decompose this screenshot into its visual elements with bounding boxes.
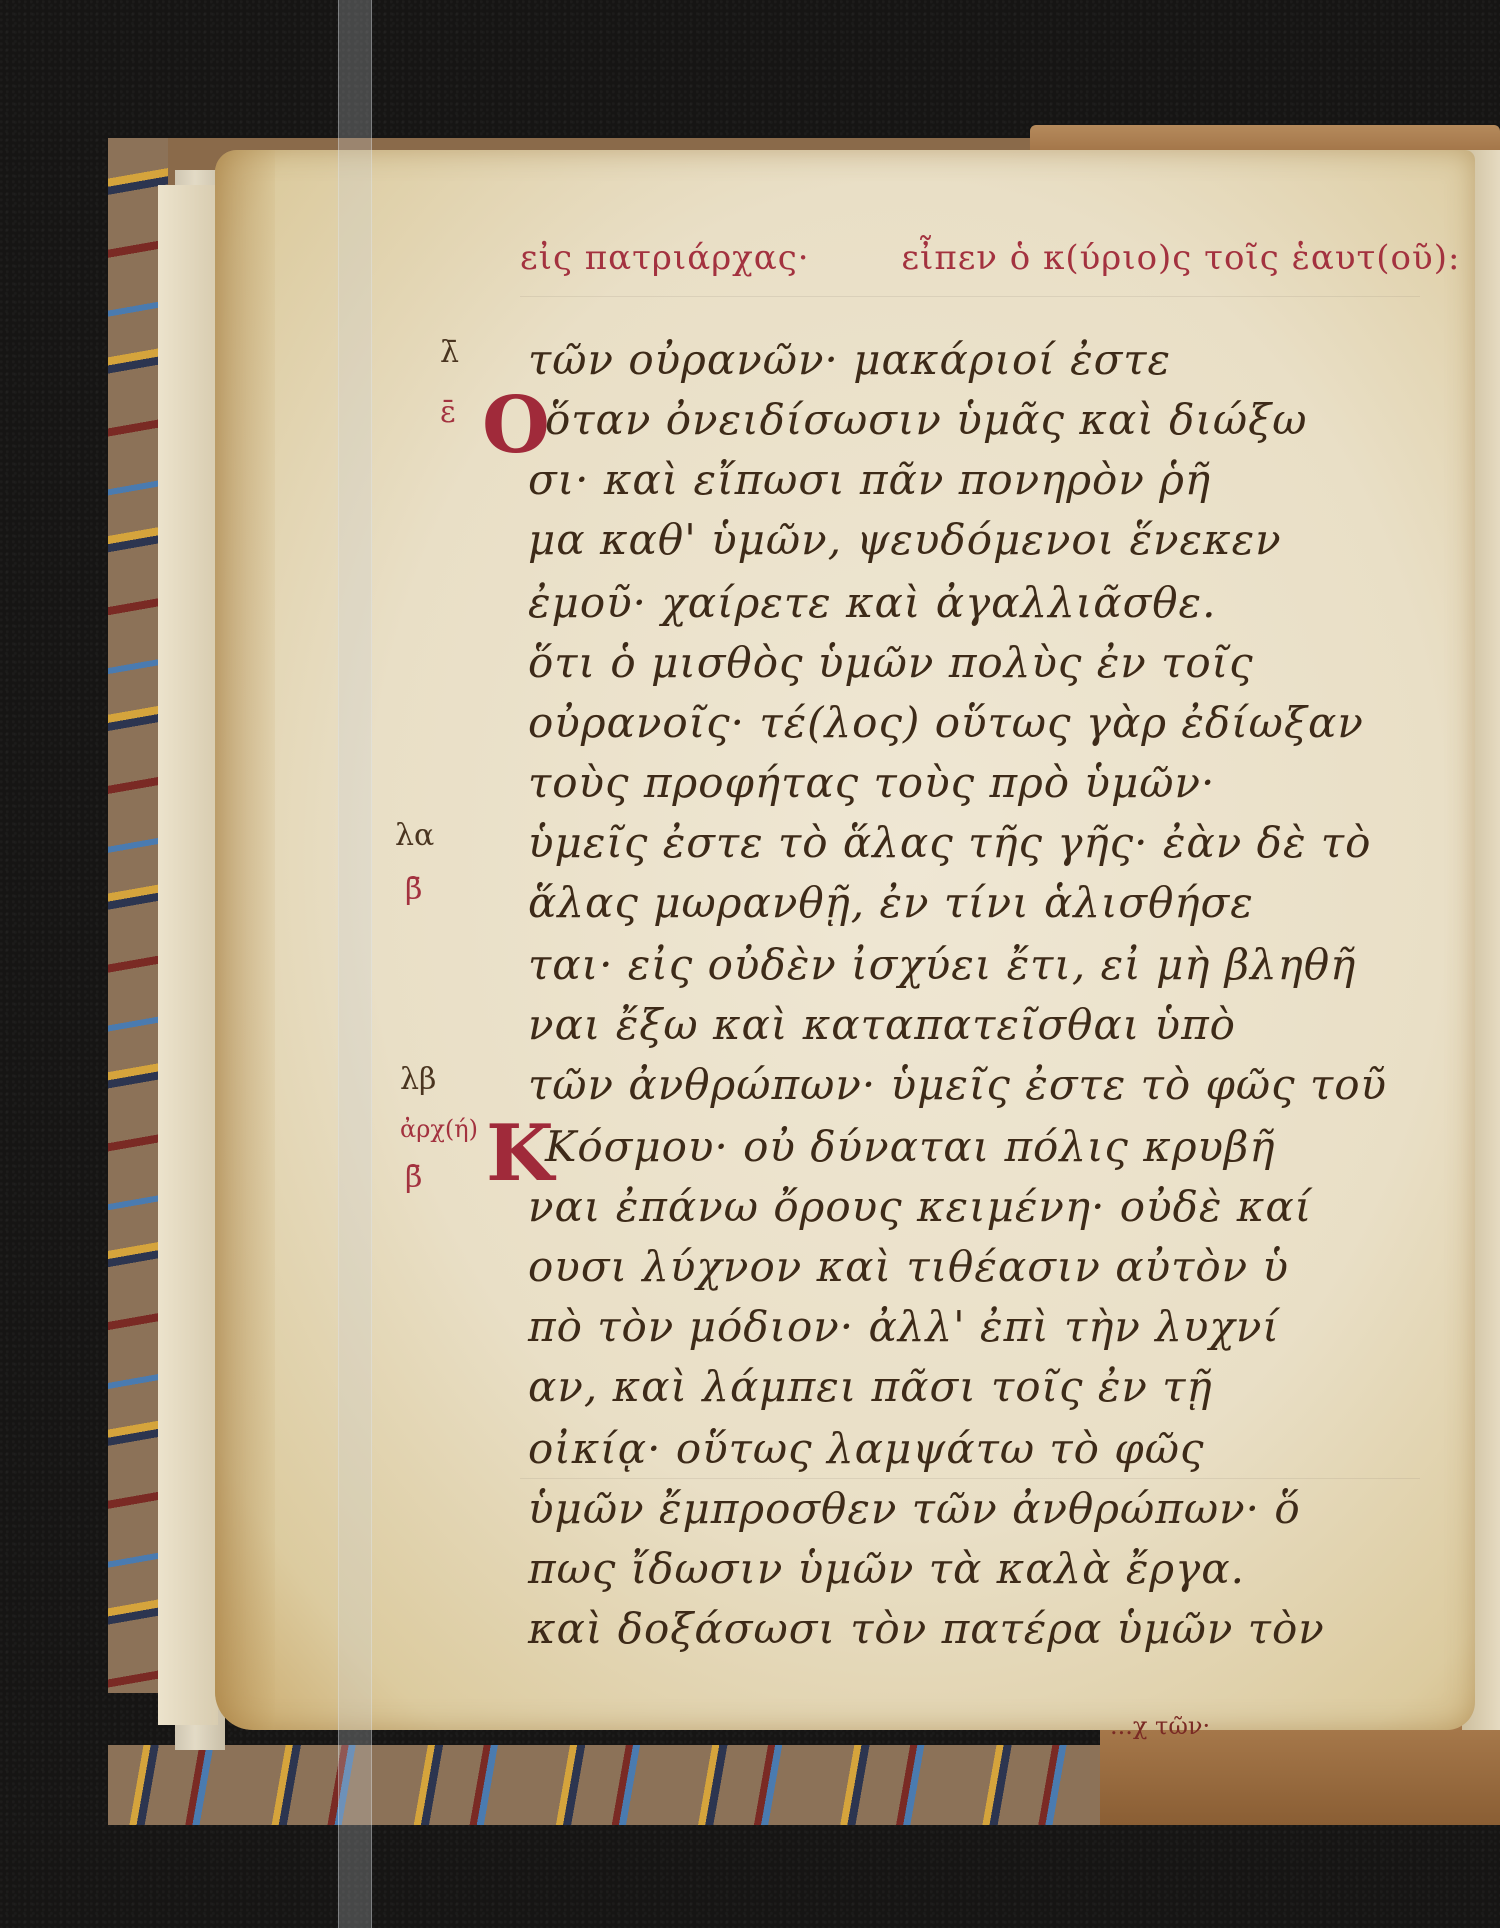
margin-note: β̄ bbox=[405, 1160, 422, 1195]
marbled-endpaper-bottom bbox=[108, 1745, 1108, 1825]
text-line: ἅλας μωρανθῇ, ἐν τίνι ἁλισθήσε bbox=[528, 878, 1254, 927]
text-line: τῶν οὐρανῶν· μακάριοί ἐστε bbox=[528, 335, 1171, 384]
underlying-page-text: ...χ τῶν· bbox=[1110, 1712, 1210, 1740]
margin-note: β̄ bbox=[405, 872, 422, 907]
margin-note: ἀρχ(ή) bbox=[400, 1115, 478, 1143]
text-line: ὑμεῖς ἐστε τὸ ἅλας τῆς γῆς· ἐὰν δὲ τὸ bbox=[528, 818, 1371, 867]
text-line: ἐμοῦ· χαίρετε καὶ ἀγαλλιᾶσθε. bbox=[528, 578, 1216, 627]
text-line: ὅτι ὁ μισθὸς ὑμῶν πολὺς ἐν τοῖς bbox=[528, 638, 1254, 687]
text-line: πὸ τὸν μόδιον· ἀλλ' ἐπὶ τὴν λυχνί bbox=[528, 1302, 1280, 1351]
flyleaf bbox=[158, 185, 218, 1725]
text-line: ναι ἐπάνω ὄρους κειμένη· οὐδὲ καί bbox=[528, 1182, 1312, 1231]
ruling-line bbox=[520, 1478, 1420, 1479]
transparent-support-strip bbox=[338, 0, 372, 1928]
page-stain-edge bbox=[215, 150, 275, 1730]
margin-note: λα bbox=[395, 818, 434, 853]
text-line: ουσι λύχνον καὶ τιθέασιν αὐτὸν ὑ bbox=[528, 1242, 1289, 1291]
text-line: οἰκίᾳ· οὕτως λαμψάτω τὸ φῶς bbox=[528, 1424, 1204, 1473]
margin-note: λβ bbox=[400, 1062, 436, 1097]
rubric-left: εἰς πατριάρχας· bbox=[520, 238, 810, 278]
text-line: καὶ δοξάσωσι τὸν πατέρα ὑμῶν τὸν bbox=[528, 1604, 1325, 1653]
ruling-line bbox=[520, 296, 1420, 297]
text-line: ναι ἔξω καὶ καταπατεῖσθαι ὑπὸ bbox=[528, 1000, 1236, 1049]
margin-note: ε̄ bbox=[440, 395, 456, 430]
text-line: Κόσμου· οὐ δύναται πόλις κρυβῆ bbox=[545, 1122, 1276, 1171]
text-line: ται· εἰς οὐδὲν ἰσχύει ἔτι, εἰ μὴ βληθῆ bbox=[528, 940, 1356, 989]
text-line: αν, καὶ λάμπει πᾶσι τοῖς ἐν τῇ bbox=[528, 1362, 1213, 1411]
text-line: οὐρανοῖς· τέ(λος) οὕτως γὰρ ἐδίωξαν bbox=[528, 698, 1364, 747]
header-rubric: εἰς πατριάρχας· εἶπεν ὁ κ(ύριο)ς τοῖς ἑα… bbox=[520, 238, 1500, 278]
text-line: τοὺς προφήτας τοὺς πρὸ ὑμῶν· bbox=[528, 758, 1215, 807]
text-line: τῶν ἀνθρώπων· ὑμεῖς ἐστε τὸ φῶς τοῦ bbox=[528, 1060, 1387, 1109]
text-line: πως ἴδωσιν ὑμῶν τὰ καλὰ ἔργα. bbox=[528, 1544, 1245, 1593]
text-line: ὑμῶν ἔμπροσθεν τῶν ἀνθρώπων· ὅ bbox=[528, 1484, 1301, 1533]
text-line: μα καθ' ὑμῶν, ψευδόμενοι ἕνεκεν bbox=[528, 515, 1282, 564]
margin-note: λ̄ bbox=[440, 335, 459, 370]
text-line: σι· καὶ εἴπωσι πᾶν πονηρὸν ῥῆ bbox=[528, 455, 1211, 504]
text-line: ὅταν ὀνειδίσωσιν ὑμᾶς καὶ διώξω bbox=[545, 395, 1307, 444]
rubric-right: εἶπεν ὁ κ(ύριο)ς τοῖς ἑαυτ(οῦ): bbox=[901, 238, 1460, 278]
